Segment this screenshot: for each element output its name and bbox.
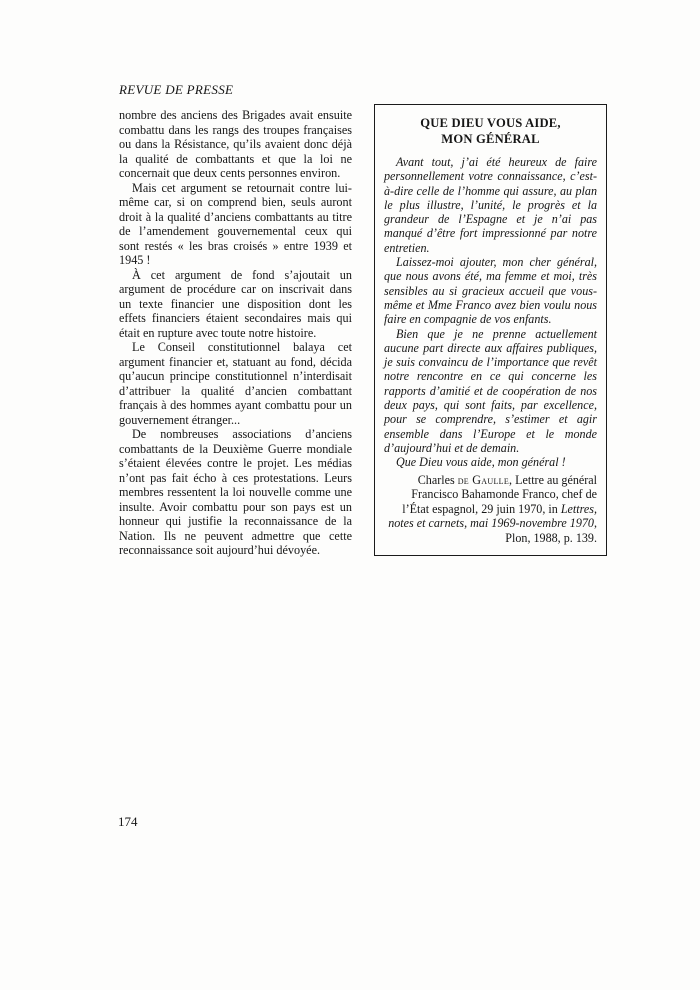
quote-paragraph: Que Dieu vous aide, mon général !	[384, 455, 597, 469]
quote-box-title: QUE DIEU VOUS AIDE, MON GÉNÉRAL	[384, 116, 597, 147]
quote-box-title-line1: QUE DIEU VOUS AIDE,	[420, 116, 560, 130]
paragraph: De nombreuses associations d’anciens com…	[119, 427, 352, 558]
document-page: REVUE DE PRESSE nombre des anciens des B…	[0, 0, 700, 990]
page-number: 174	[118, 814, 138, 830]
attribution-author-name: de Gaulle	[458, 473, 509, 487]
quote-paragraph: Avant tout, j’ai été heureux de faire pe…	[384, 155, 597, 255]
quote-paragraph: Bien que je ne prenne actuellement aucun…	[384, 327, 597, 456]
paragraph: À cet argument de fond s’ajoutait un arg…	[119, 268, 352, 341]
attribution-author-prefix: Charles	[418, 473, 458, 487]
attribution: Charles de Gaulle, Lettre au général Fra…	[384, 473, 597, 546]
paragraph: nombre des anciens des Brigades avait en…	[119, 108, 352, 181]
running-header: REVUE DE PRESSE	[119, 82, 233, 98]
quote-box: QUE DIEU VOUS AIDE, MON GÉNÉRAL Avant to…	[374, 104, 607, 556]
paragraph: Mais cet argument se retournait contre l…	[119, 181, 352, 268]
quote-paragraph: Laissez-moi ajouter, mon cher général, q…	[384, 255, 597, 326]
quote-box-title-line2: MON GÉNÉRAL	[441, 132, 539, 146]
paragraph: Le Conseil constitutionnel balaya cet ar…	[119, 340, 352, 427]
article-column: nombre des anciens des Brigades avait en…	[119, 108, 352, 558]
